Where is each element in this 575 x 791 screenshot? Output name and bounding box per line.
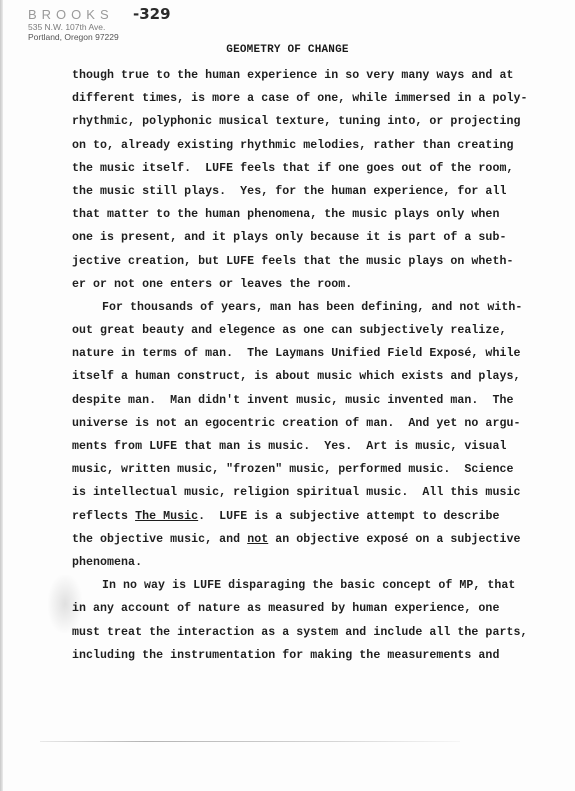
text-fragment: an objective exposé on a subjective	[268, 533, 520, 546]
text-line: jective creation, but LUFE feels that th…	[72, 250, 552, 273]
stamp-city: Portland, Oregon 97229	[28, 32, 119, 42]
text-fragment: reflects	[72, 510, 135, 523]
paragraph-3: In no way is LUFE disparaging the basic …	[72, 574, 552, 667]
fold-line	[40, 741, 460, 742]
paragraph-1: though true to the human experience in s…	[72, 64, 552, 296]
stamp-name: BROOKS	[28, 8, 119, 22]
document-body: though true to the human experience in s…	[72, 64, 552, 667]
page-title: GEOMETRY OF CHANGE	[0, 44, 575, 56]
text-line: different times, is more a case of one, …	[72, 87, 552, 110]
text-line: For thousands of years, man has been def…	[72, 296, 552, 319]
stamp-address: 535 N.W. 107th Ave.	[28, 22, 119, 32]
text-line: In no way is LUFE disparaging the basic …	[72, 574, 552, 597]
address-stamp: BROOKS -329 535 N.W. 107th Ave. Portland…	[28, 8, 119, 42]
paragraph-2: For thousands of years, man has been def…	[72, 296, 552, 574]
text-line: reflects The Music. LUFE is a subjective…	[72, 505, 552, 528]
text-line: is intellectual music, religion spiritua…	[72, 481, 552, 504]
text-line: must treat the interaction as a system a…	[72, 621, 552, 644]
text-fragment: . LUFE is a subjective attempt to descri…	[198, 510, 499, 523]
handwritten-page-number: -329	[133, 5, 171, 23]
text-line: including the instrumentation for making…	[72, 644, 552, 667]
text-line: out great beauty and elegence as one can…	[72, 319, 552, 342]
text-line: er or not one enters or leaves the room.	[72, 273, 552, 296]
text-line: despite man. Man didn't invent music, mu…	[72, 389, 552, 412]
text-line: itself a human construct, is about music…	[72, 365, 552, 388]
underlined-text: not	[247, 533, 268, 546]
text-line: phenomena.	[72, 551, 552, 574]
text-line: in any account of nature as measured by …	[72, 597, 552, 620]
text-line: though true to the human experience in s…	[72, 64, 552, 87]
text-line: on to, already existing rhythmic melodie…	[72, 134, 552, 157]
text-line: one is present, and it plays only becaus…	[72, 226, 552, 249]
text-line: ments from LUFE that man is music. Yes. …	[72, 435, 552, 458]
text-line: the objective music, and not an objectiv…	[72, 528, 552, 551]
text-fragment: the objective music, and	[72, 533, 247, 546]
text-line: universe is not an egocentric creation o…	[72, 412, 552, 435]
text-line: the music still plays. Yes, for the huma…	[72, 180, 552, 203]
underlined-text: The Music	[135, 510, 198, 523]
text-line: music, written music, "frozen" music, pe…	[72, 458, 552, 481]
text-line: that matter to the human phenomena, the …	[72, 203, 552, 226]
document-page: BROOKS -329 535 N.W. 107th Ave. Portland…	[0, 0, 575, 791]
scan-edge-shadow	[0, 0, 3, 791]
text-line: the music itself. LUFE feels that if one…	[72, 157, 552, 180]
text-line: nature in terms of man. The Laymans Unif…	[72, 342, 552, 365]
text-line: rhythmic, polyphonic musical texture, tu…	[72, 110, 552, 133]
